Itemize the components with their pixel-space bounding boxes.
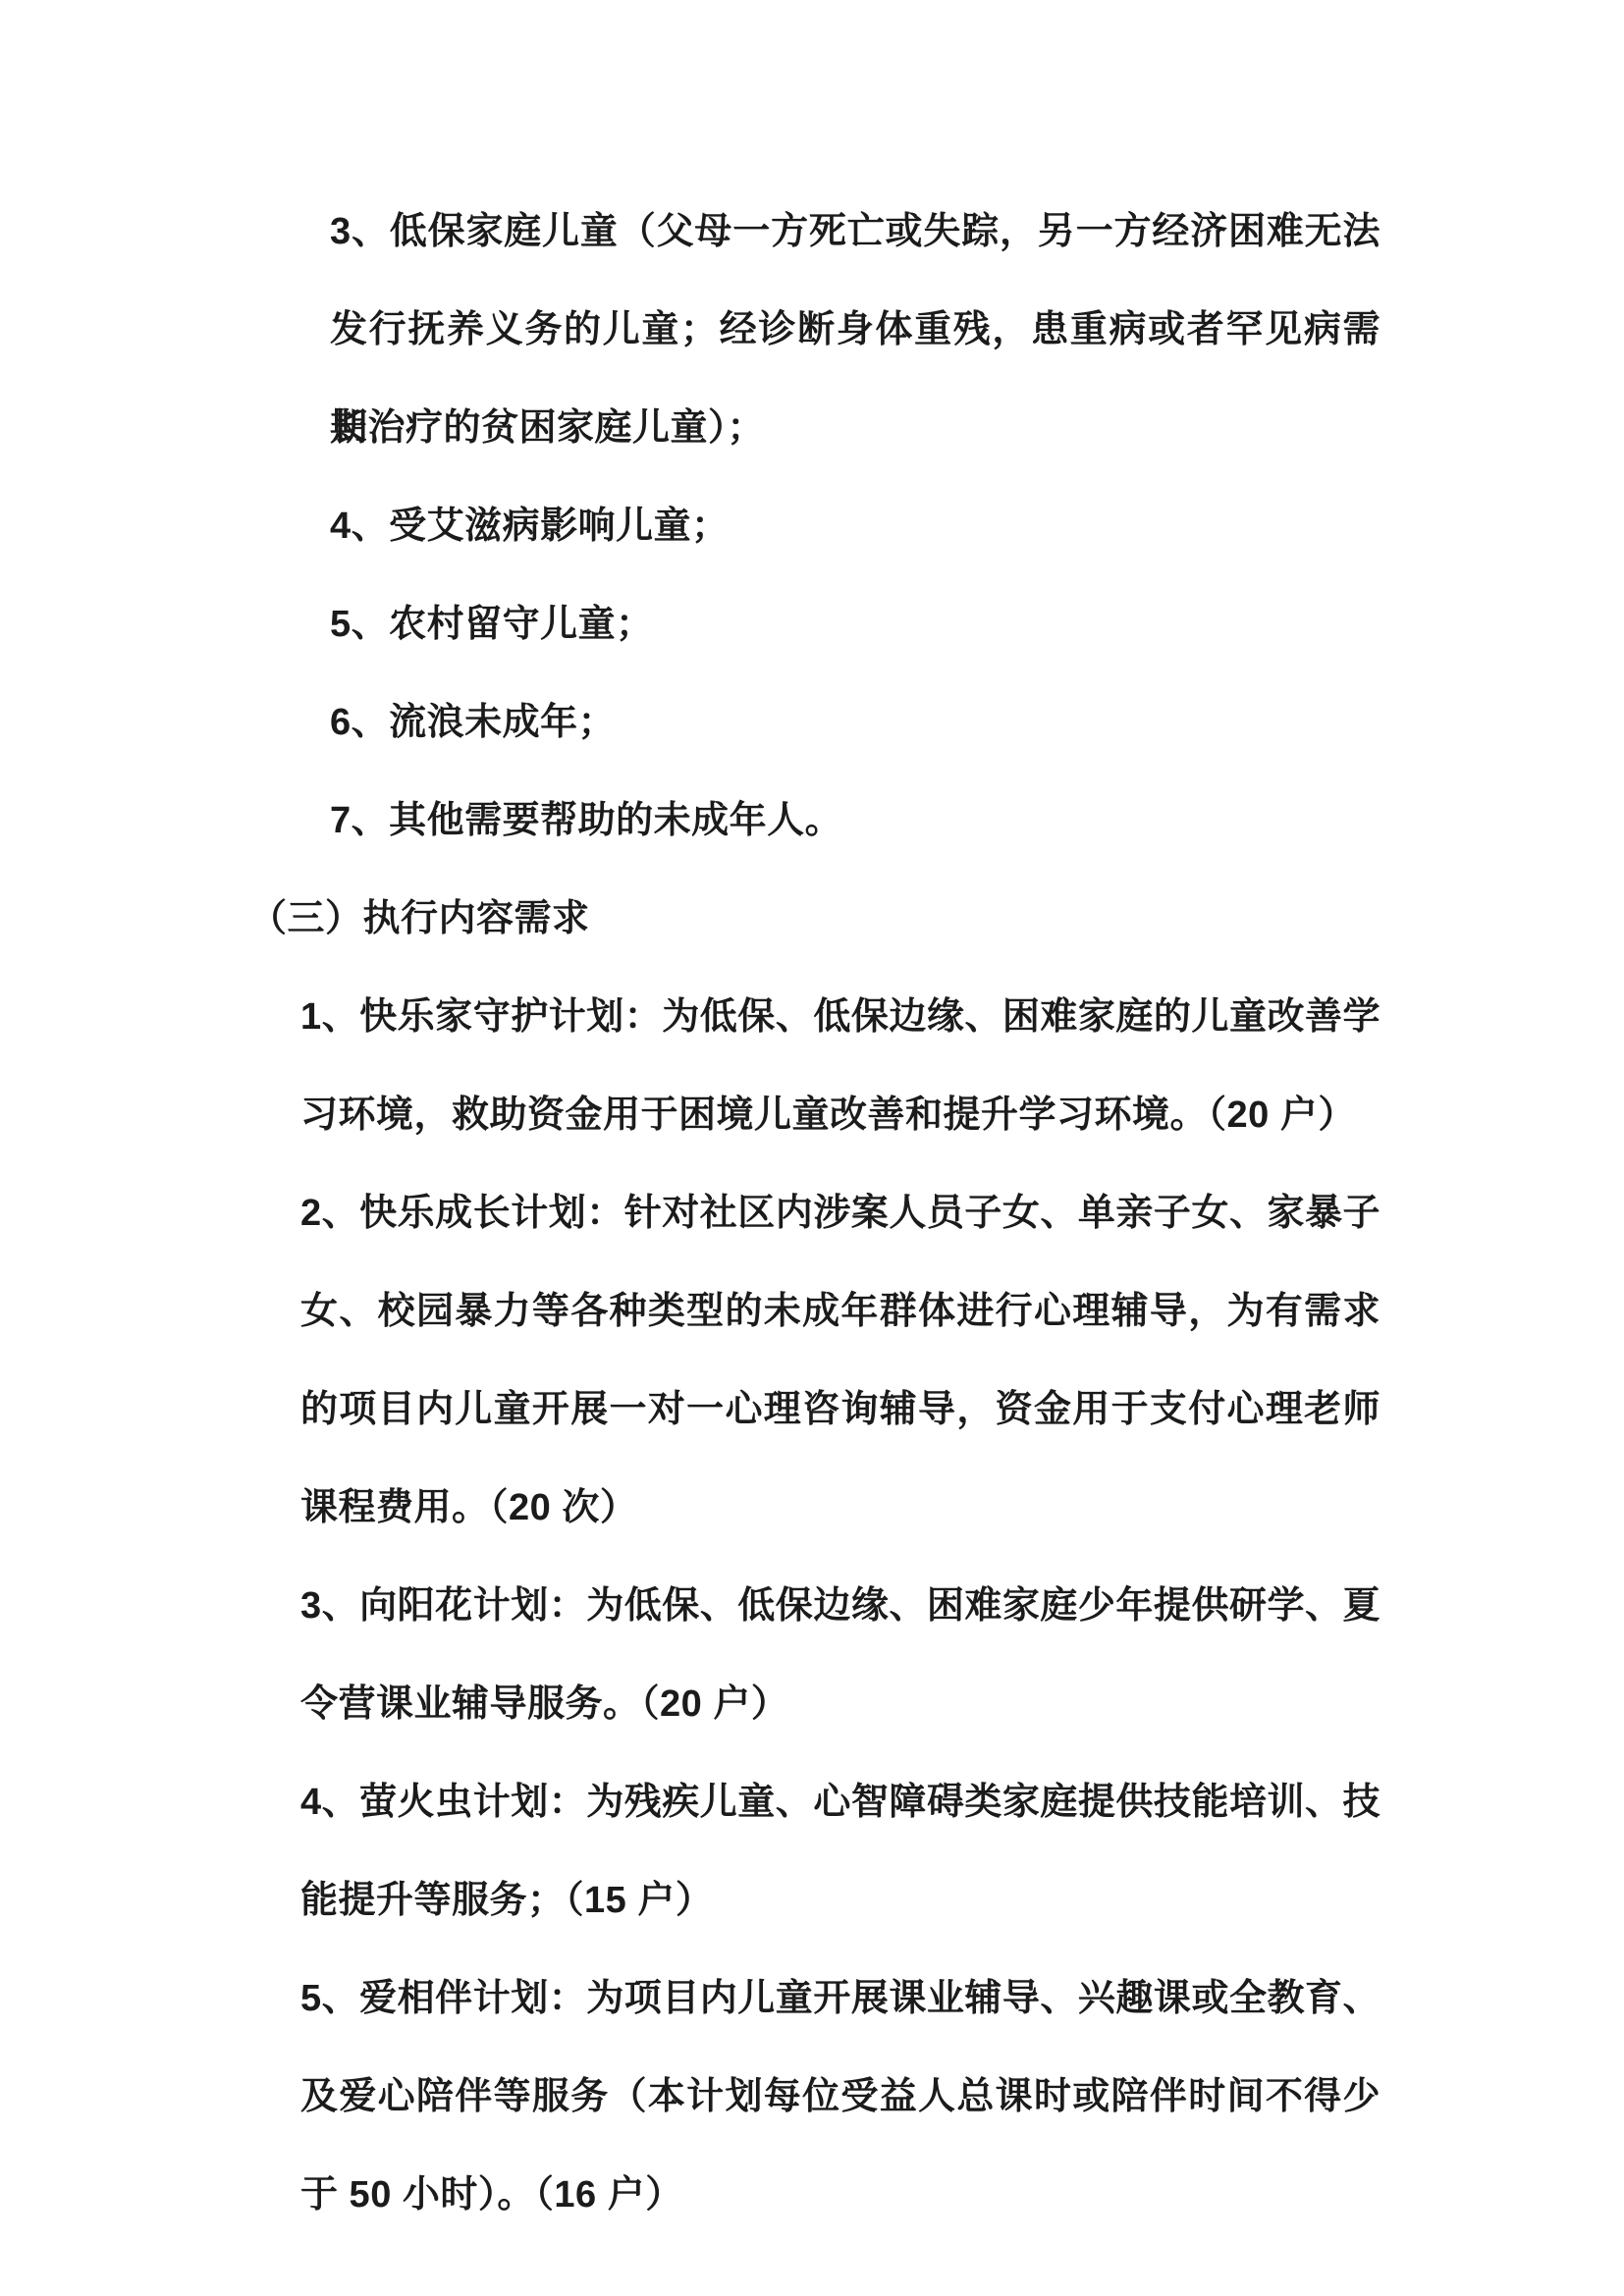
document-line: 3、向阳花计划：为低保、低保边缘、困难家庭少年提供研学、夏 (300, 1557, 1380, 1655)
document-line: 习环境，救助资金用于困境儿童改善和提升学习环境。（20 户） (300, 1066, 1380, 1164)
document-line: 发行抚养义务的儿童；经诊断身体重残，患重病或者罕见病需长 (330, 281, 1380, 379)
document-text-block: 3、低保家庭儿童（父母一方死亡或失踪，另一方经济困难无法发行抚养义务的儿童；经诊… (0, 183, 1624, 2244)
document-line: 课程费用。（20 次） (300, 1459, 1380, 1557)
document-line: 4、萤火虫计划：为残疾儿童、心智障碍类家庭提供技能培训、技 (300, 1753, 1380, 1851)
document-line: 1、快乐家守护计划：为低保、低保边缘、困难家庭的儿童改善学 (300, 968, 1380, 1066)
document-line: 期治疗的贫困家庭儿童）； (330, 379, 1380, 477)
document-line: 2、快乐成长计划：针对社区内涉案人员子女、单亲子女、家暴子 (300, 1164, 1380, 1262)
document-line: 令营课业辅导服务。（20 户） (300, 1655, 1380, 1753)
document-line: 7、其他需要帮助的未成年人。 (330, 772, 1380, 870)
document-line: 的项目内儿童开展一对一心理咨询辅导，资金用于支付心理老师 (300, 1361, 1380, 1459)
document-line: 能提升等服务；（15 户） (300, 1851, 1380, 1949)
document-line: 于 50 小时）。（16 户） (300, 2146, 1380, 2244)
document-line: 3、低保家庭儿童（父母一方死亡或失踪，另一方经济困难无法 (330, 183, 1380, 281)
section-heading: （三）执行内容需求 (249, 870, 1380, 968)
document-page: 3、低保家庭儿童（父母一方死亡或失踪，另一方经济困难无法发行抚养义务的儿童；经诊… (0, 0, 1624, 2296)
document-line: 5、爱相伴计划：为项目内儿童开展课业辅导、兴趣课或全教育、 (300, 1949, 1380, 2048)
document-line: 及爱心陪伴等服务（本计划每位受益人总课时或陪伴时间不得少 (300, 2048, 1380, 2146)
document-line: 4、受艾滋病影响儿童； (330, 477, 1380, 575)
document-line: 5、农村留守儿童； (330, 575, 1380, 673)
document-line: 女、校园暴力等各种类型的未成年群体进行心理辅导，为有需求 (300, 1262, 1380, 1361)
document-line: 6、流浪未成年； (330, 673, 1380, 772)
